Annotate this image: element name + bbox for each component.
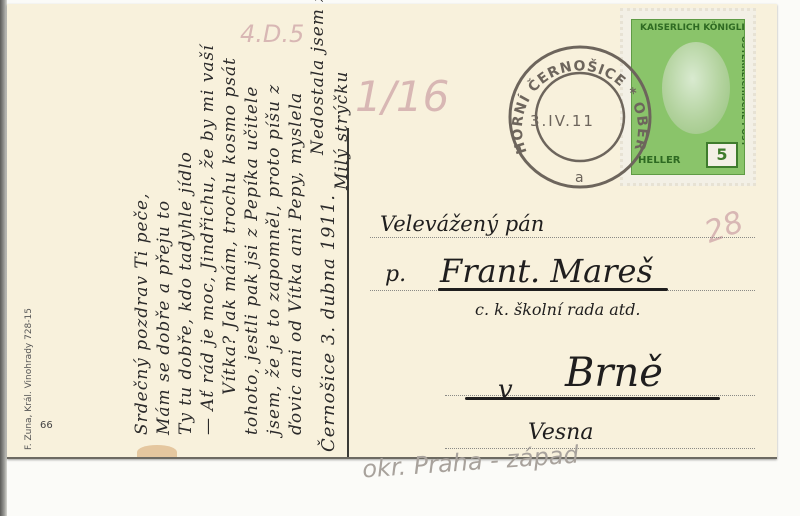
stamp-value: 5	[706, 142, 738, 168]
stamp-country-top: KAISERLICH KÖNIGLICHE	[640, 23, 745, 33]
address-city: Brně	[565, 350, 663, 396]
message-line: tohoto, jestli pak jsi z Pepíka učitele	[242, 86, 262, 435]
postmark-bottom-text: a	[575, 170, 584, 186]
scan-edge	[0, 0, 7, 516]
address-rule	[445, 448, 755, 449]
address-rule	[370, 237, 755, 238]
address-title: c. k. školní rada atd.	[475, 300, 641, 319]
message-line: Milý strýčku	[332, 71, 352, 190]
message-line: Vítka? Jak mám, trochu kosmo psát	[220, 57, 240, 395]
handwritten-message: Milý strýčku Nedostala jsem žádné zprávy…	[20, 0, 350, 455]
address-street: Vesna	[528, 420, 593, 445]
address-salutation: Velevážený pán	[380, 212, 544, 236]
printer-imprint: F. Zuna, Král. Vinohrady 728-15	[24, 308, 34, 450]
pencil-note-fraction: 1/16	[355, 72, 449, 121]
message-line: Srdečný pozdrav Ti peče,	[132, 192, 152, 435]
message-line: Mám se dobře a přeju to	[154, 200, 174, 435]
postmark-ring-text: HORNÍ ČERNOŠICE * OBER ČERNOSCHITZ	[505, 42, 650, 156]
message-line: Ty tu dobře, kdo tadyhle jídlo	[176, 151, 196, 435]
address-prefix: p.	[385, 262, 406, 287]
address-city-prefix: v	[498, 375, 513, 405]
message-line: — Ať rád je moc, Jindřichu, že by mi vaš…	[198, 44, 218, 435]
name-underline	[438, 288, 668, 291]
message-line: Nedostala jsem žádné zprávy z Horaž-	[308, 0, 328, 155]
message-line: ďovic ani od Vítka ani Pepy, myslela	[286, 92, 306, 435]
city-underline	[465, 397, 720, 400]
message-date-line: Černošice 3. dubna 1911.	[318, 194, 339, 452]
message-line: jsem, že je to zapomněl, proto píšu z	[264, 84, 284, 435]
svg-text:HORNÍ ČERNOŠICE * OBER ČERNOSC: HORNÍ ČERNOŠICE * OBER ČERNOSCHITZ	[505, 42, 650, 156]
plate-number: 66	[40, 420, 53, 431]
pencil-note-top: 4.D.5	[240, 20, 304, 48]
postmark-date: 3.IV.11	[530, 112, 595, 130]
address-name: Frant. Mareš	[440, 252, 653, 290]
stamp-country-side: ÖSTERREICHISCHE POST	[740, 36, 745, 146]
emperor-portrait-icon	[662, 42, 730, 134]
